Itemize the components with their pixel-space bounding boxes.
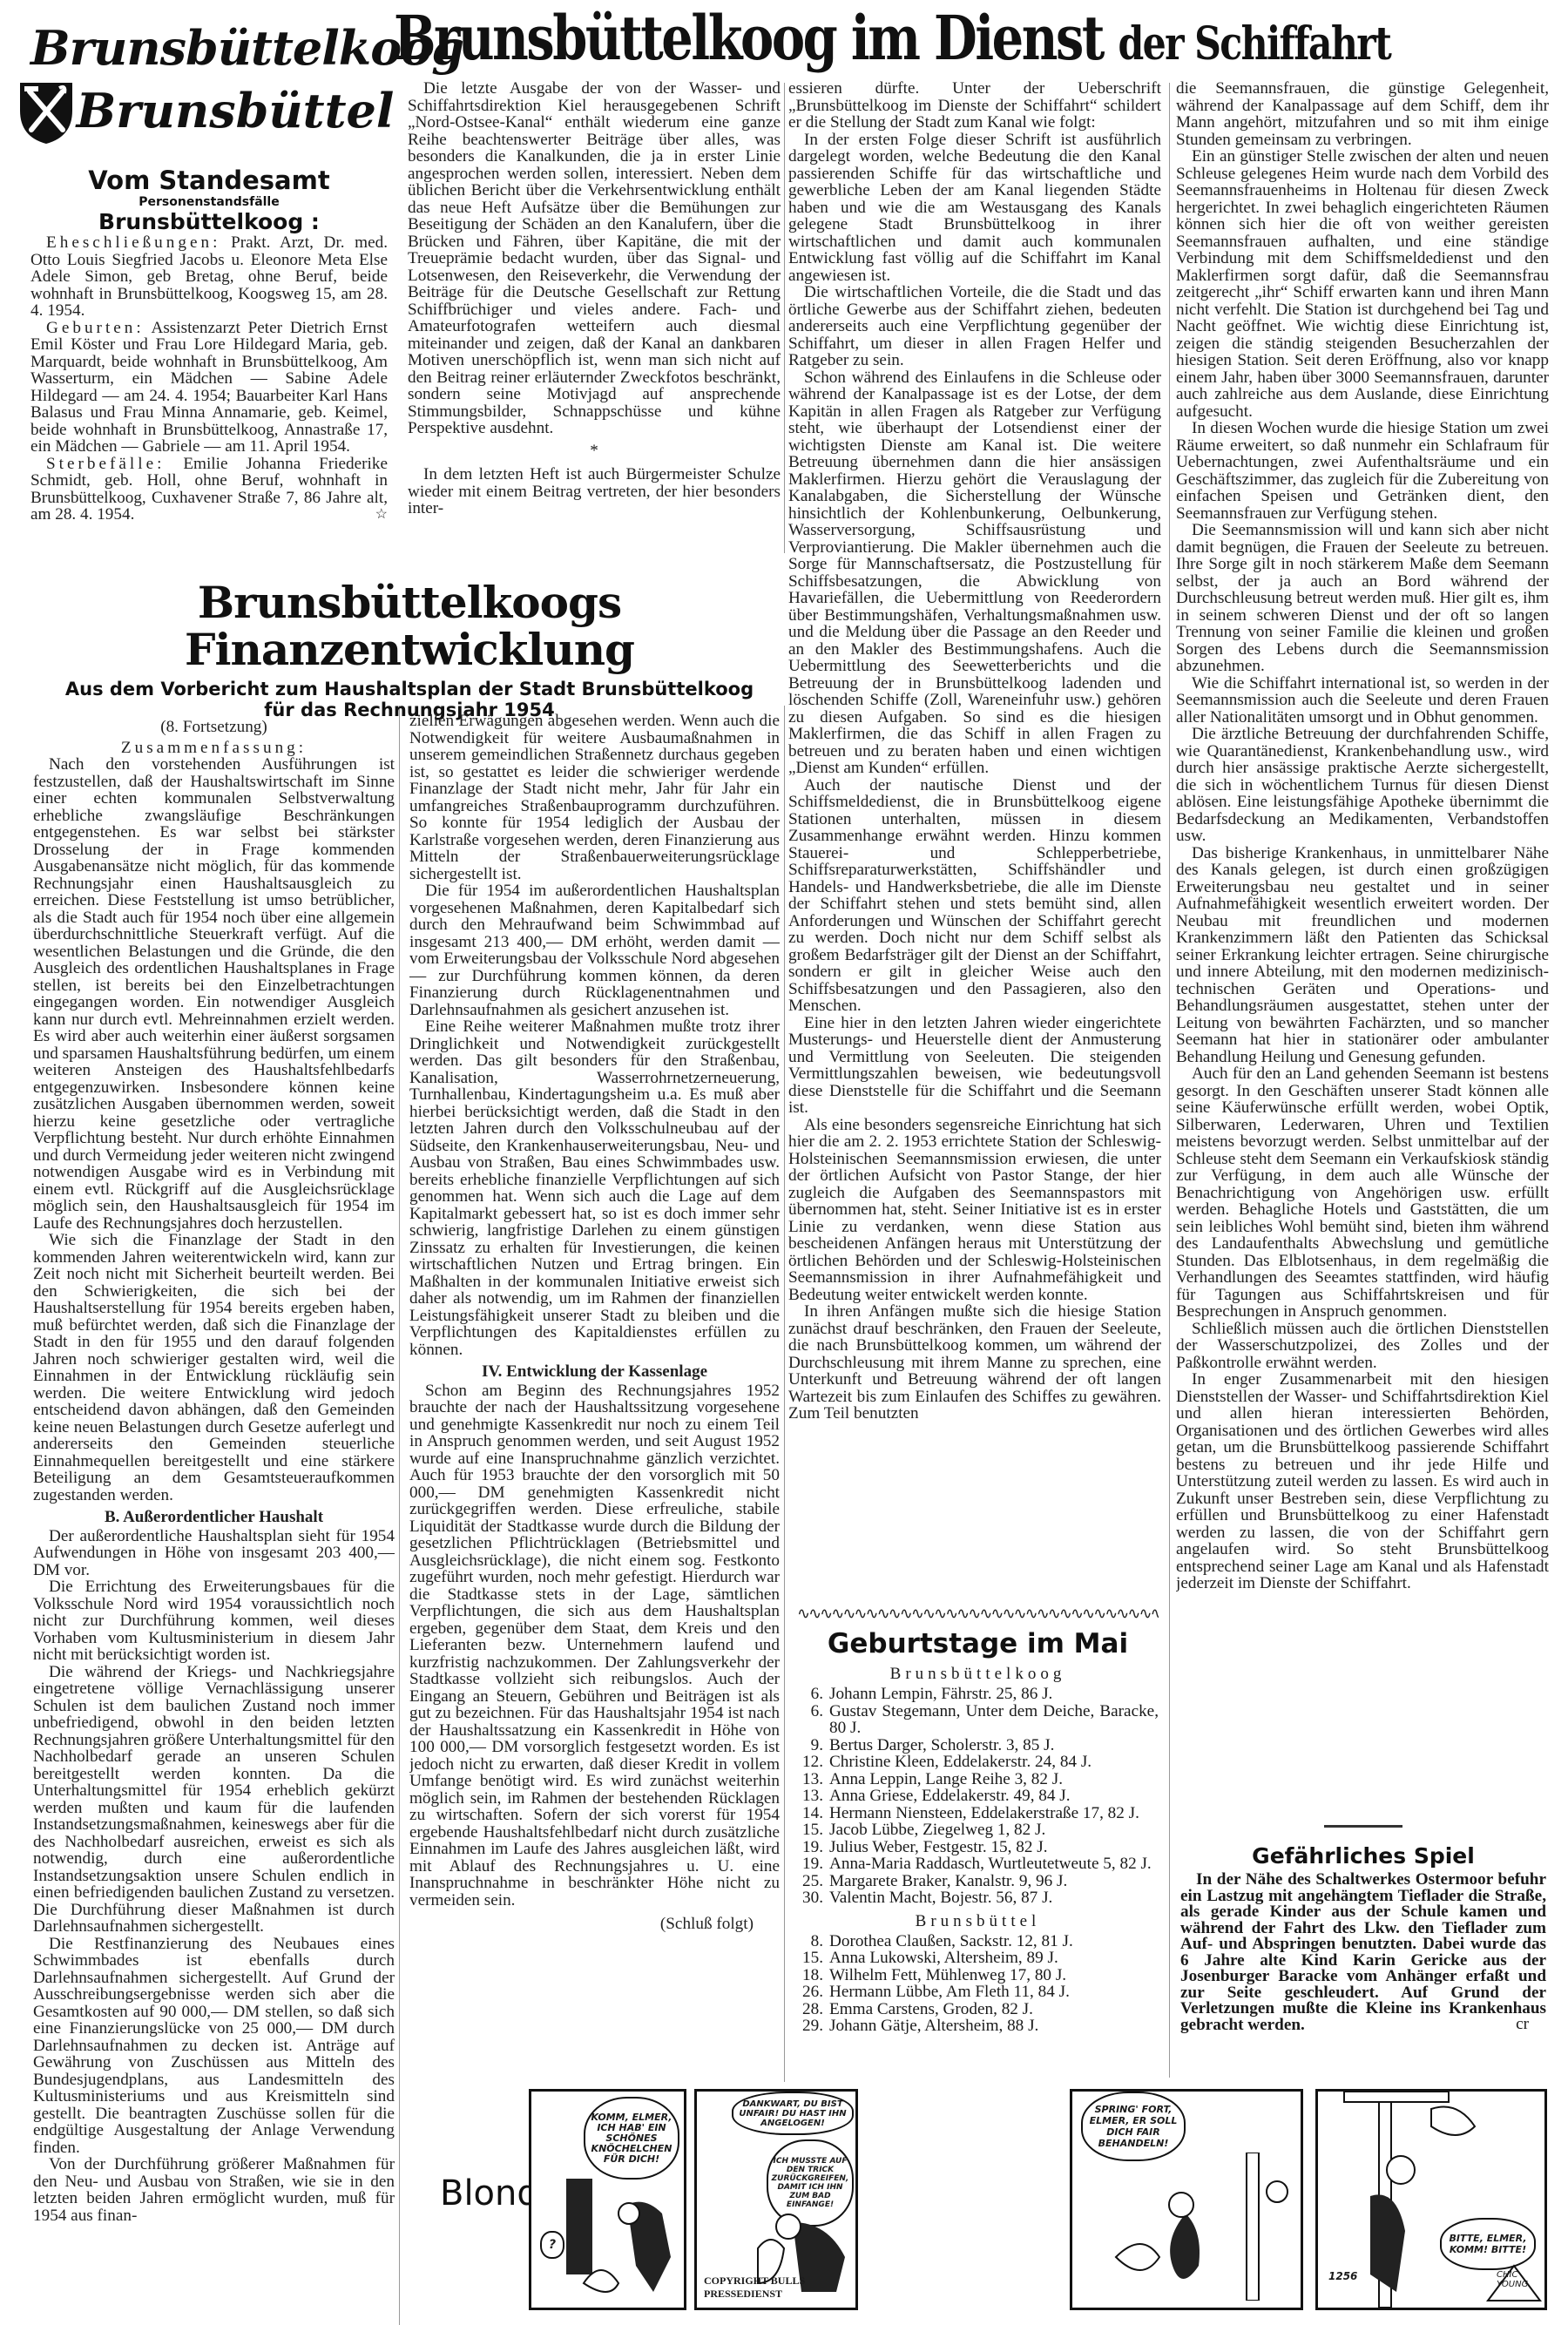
comic-copyright: COPYRIGHT BULLS PRESSEDIENST xyxy=(704,2274,855,2301)
blondie-dog-scene-icon xyxy=(1090,2153,1299,2301)
standesamt-births: Geburten: Assistenzarzt Peter Dietrich E… xyxy=(30,320,388,456)
standesamt-subtitle: Personenstandsfälle xyxy=(30,195,388,209)
list-item: 6.Johann Lempin, Fährstr. 25, 86 J. xyxy=(797,1686,1159,1703)
list-item: 13.Anna Leppin, Lange Reihe 3, 82 J. xyxy=(797,1771,1159,1788)
list-item: 26.Hermann Lübbe, Am Fleth 11, 84 J. xyxy=(797,1984,1159,2001)
main-article-col4: die Seemannsfrauen, die günstige Gelegen… xyxy=(1176,80,1549,1818)
strip-number: 1256 xyxy=(1328,2270,1357,2282)
artist-signature: CHIC YOUNG xyxy=(1497,2270,1540,2289)
masthead-line2: Brunsbüttel xyxy=(77,84,395,137)
list-item: 18.Wilhelm Fett, Mühlenweg 17, 80 J. xyxy=(797,1967,1159,1984)
coat-of-arms-icon xyxy=(16,76,77,145)
finance-title-line1: Brunsbüttelkoogs xyxy=(35,579,784,626)
comic-panel-1: KOMM, ELMER, ICH HAB' EIN SCHÖNES KNÖCHE… xyxy=(529,2089,686,2310)
birthdays-list: 8.Dorothea Claußen, Sackstr. 12, 81 J. 1… xyxy=(797,1933,1159,2035)
list-item: 15.Jacob Lübbe, Ziegelweg 1, 82 J. xyxy=(797,1821,1159,1839)
column-rule xyxy=(1169,83,1170,2078)
wave-border: ∿∿∿∿∿∿∿∿∿∿∿∿∿∿∿∿∿∿∿∿∿∿∿∿∿∿∿∿∿∿∿∿∿∿∿∿∿∿∿∿… xyxy=(797,1605,1159,1623)
list-item: 14.Hermann Niensteen, Eddelakerstraße 17… xyxy=(797,1805,1159,1822)
comic-panel-3: SPRING' FORT, ELMER, ER SOLL DICH FAIR B… xyxy=(1070,2089,1303,2310)
birthdays-section: ∿∿∿∿∿∿∿∿∿∿∿∿∿∿∿∿∿∿∿∿∿∿∿∿∿∿∿∿∿∿∿∿∿∿∿∿∿∿∿∿… xyxy=(797,1605,1159,2082)
column-rule xyxy=(399,706,400,2325)
comic-panel-2: DANKWART, DU BIST UNFAIR! DU HAST IHN AN… xyxy=(694,2089,858,2310)
list-item: 6.Gustav Stegemann, Unter dem Deiche, Ba… xyxy=(797,1703,1159,1737)
speech-bubble: SPRING' FORT, ELMER, ER SOLL DICH FAIR B… xyxy=(1081,2092,1186,2161)
section-b-heading: B. Außerordentlicher Haushalt xyxy=(33,1509,395,1526)
masthead-line1: Brunsbüttelkoog xyxy=(30,22,379,74)
blondie-character-icon xyxy=(566,2179,679,2301)
list-item: 29.Johann Gätje, Altersheim, 88 J. xyxy=(797,2017,1159,2035)
divider xyxy=(1324,1825,1402,1828)
continuation-note: (8. Fortsetzung) xyxy=(33,719,395,736)
list-item: 30.Valentin Macht, Bojestr. 56, 87 J. xyxy=(797,1889,1159,1907)
list-item: 8.Dorothea Claußen, Sackstr. 12, 81 J. xyxy=(797,1933,1159,1950)
list-item: 15.Anna Lukowski, Altersheim, 89 J. xyxy=(797,1950,1159,1967)
list-item: 13.Anna Griese, Eddelakerstr. 49, 84 J. xyxy=(797,1788,1159,1805)
main-article-col3: essieren dürfte. Unter der Ueberschrift … xyxy=(788,80,1161,1600)
finance-article-col2: ziellen Erwägungen abgesehen werden. Wen… xyxy=(409,713,780,2085)
list-item: 19.Julius Weber, Festgestr. 15, 82 J. xyxy=(797,1839,1159,1856)
finance-subtitle-line1: Aus dem Vorbericht zum Haushaltsplan der… xyxy=(35,679,784,700)
comic-panel-4: BITTE, ELMER, KOMM! BITTE! 1256 CHIC YOU… xyxy=(1315,2089,1547,2310)
birthdays-group-heading: Brunsbüttelkoog xyxy=(797,1665,1159,1684)
list-item: 28.Emma Carstens, Groden, 82 J. xyxy=(797,2001,1159,2018)
finance-article-header: Brunsbüttelkoogs Finanzentwicklung Aus d… xyxy=(35,579,784,720)
speech-bubble: KOMM, ELMER, ICH HAB' EIN SCHÖNES KNÖCHE… xyxy=(584,2097,679,2180)
birthdays-title: Geburtstage im Mai xyxy=(797,1628,1159,1659)
dangerous-game-section: Gefährliches Spiel In der Nähe des Schal… xyxy=(1180,1825,1546,2078)
list-item: 9.Bertus Darger, Scholerstr. 3, 85 J. xyxy=(797,1737,1159,1754)
standesamt-title: Vom Standesamt xyxy=(30,166,388,195)
main-headline: Brunsbüttelkoog im Dienst der Schiffahrt xyxy=(394,2,1390,74)
end-note: (Schluß folgt) xyxy=(409,1916,780,1933)
list-item: 19.Anna-Maria Raddasch, Wurtleutetweute … xyxy=(797,1855,1159,1873)
birthdays-list: 6.Johann Lempin, Fährstr. 25, 86 J. 6.Gu… xyxy=(797,1686,1159,1907)
birthdays-group-heading: Brunsbüttel xyxy=(797,1912,1159,1931)
list-item: 25.Margarete Braker, Kanalstr. 9, 96 J. xyxy=(797,1873,1159,1890)
masthead-logo: Brunsbüttelkoog Brunsbüttel xyxy=(30,22,379,152)
column-rule xyxy=(784,706,785,2082)
star-icon: ☆ xyxy=(360,506,388,524)
dangerous-game-text: In der Nähe des Schaltwerkes Ostermoor b… xyxy=(1180,1872,1546,2033)
standesamt-place: Brunsbüttelkoog : xyxy=(30,209,388,234)
speech-bubble: ? xyxy=(540,2231,564,2259)
main-article-col2: Die letzte Ausgabe der von der Wasser- u… xyxy=(408,80,781,551)
list-item: 12.Christine Kleen, Eddelakerstr. 24, 84… xyxy=(797,1754,1159,1771)
standesamt-deaths: Sterbefälle: Emilie Johanna Friederike S… xyxy=(30,456,388,524)
separator-star: * xyxy=(408,443,781,460)
section-iv-heading: IV. Entwicklung der Kassenlage xyxy=(409,1363,780,1381)
finance-title-line2: Finanzentwicklung xyxy=(35,626,784,673)
dangerous-game-title: Gefährliches Spiel xyxy=(1180,1843,1546,1869)
column-rule xyxy=(784,83,785,553)
standesamt-marriages: Eheschließungen: Prakt. Arzt, Dr. med. O… xyxy=(30,234,388,320)
speech-bubble: DANKWART, DU BIST UNFAIR! DU HAST IHN AN… xyxy=(732,2092,854,2135)
finance-article-col1: (8. Fortsetzung) Zusammenfassung: Nach d… xyxy=(33,719,395,2325)
summary-heading: Zusammenfassung: xyxy=(33,740,395,757)
standesamt-section: Vom Standesamt Personenstandsfälle Bruns… xyxy=(30,166,388,549)
